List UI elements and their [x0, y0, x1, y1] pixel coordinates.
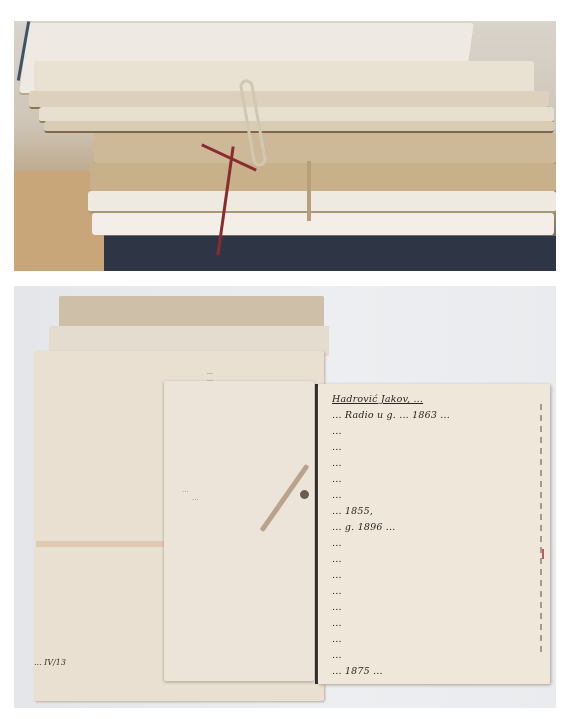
paper-layer — [44, 121, 554, 133]
pencil-note: ... ... — [182, 486, 199, 502]
handwriting-line: ... Radio u g. ... 1863 ... — [332, 410, 528, 424]
handwriting-line: ... — [332, 490, 528, 504]
ribbon-knot — [300, 490, 309, 499]
red-mark — [542, 549, 544, 559]
handwriting-line: Hadrović Jakov, ... — [332, 394, 528, 408]
folder-stain — [36, 541, 176, 547]
booklet-right-page: Hadrović Jakov, ... ... Radio u g. ... 1… — [318, 384, 550, 684]
handwriting-line: ... — [332, 426, 528, 440]
handwriting-line: ... — [332, 538, 528, 552]
paper-layer — [90, 163, 556, 193]
handwriting-line: ... — [332, 602, 528, 616]
handwriting-line: ... g. 1896 ... — [332, 522, 528, 536]
handwriting-line: ... — [332, 458, 528, 472]
photo-paper-stack — [14, 21, 556, 271]
handwriting-line: ... — [332, 650, 528, 664]
paper-layer — [92, 213, 554, 235]
handwriting-line: ... 1875 ... — [332, 666, 528, 680]
folder-caption: ... IV/13 — [34, 658, 66, 667]
margin-note — [540, 404, 542, 654]
handwriting-line: ... — [332, 634, 528, 648]
cord — [307, 161, 311, 221]
handwriting-line: ... — [332, 586, 528, 600]
table-surface — [104, 236, 556, 271]
paper-layer — [94, 133, 556, 165]
booklet-left-page — [164, 381, 314, 681]
handwriting-line: ... — [332, 474, 528, 488]
handwriting-line: ... 1855, — [332, 506, 528, 520]
paper-layer — [88, 191, 556, 213]
handwriting-line: ... — [332, 570, 528, 584]
handwriting-line: ... — [332, 554, 528, 568]
handwriting-line: ... — [332, 442, 528, 456]
paper-layer — [34, 61, 534, 94]
photo-open-booklet: ... ... ... IV/13 ... ... Hadrović Jakov… — [14, 286, 556, 708]
handwriting-line: ... — [332, 618, 528, 632]
